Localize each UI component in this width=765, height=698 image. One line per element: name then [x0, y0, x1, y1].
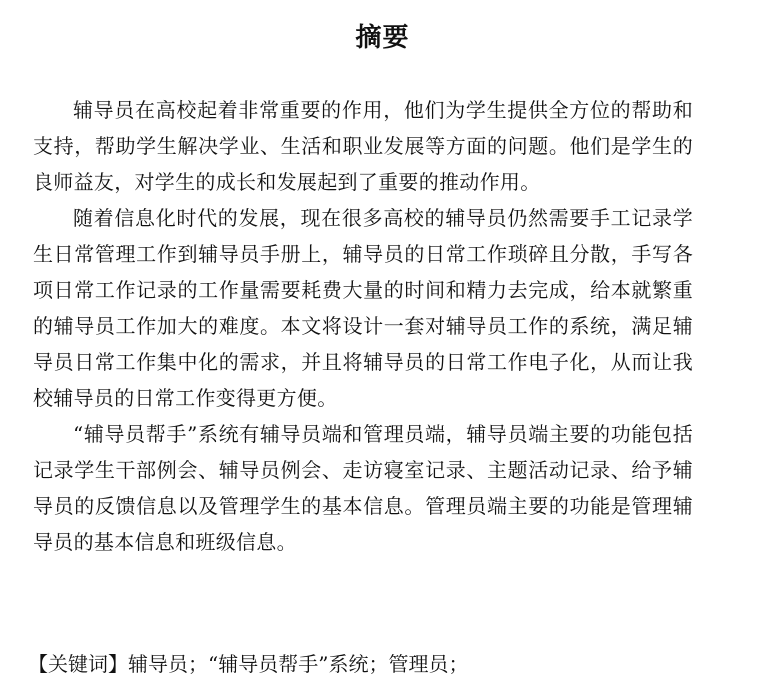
- keywords-label: 【关键词】: [28, 652, 128, 676]
- paragraph-3: “辅导员帮手”系统有辅导员端和管理员端，辅导员端主要的功能包括记录学生干部例会、…: [33, 416, 693, 560]
- keywords-text: 辅导员；“辅导员帮手”系统；管理员；: [128, 652, 468, 676]
- paragraph-1: 辅导员在高校起着非常重要的作用，他们为学生提供全方位的帮助和支持，帮助学生解决学…: [33, 92, 693, 200]
- abstract-body: 辅导员在高校起着非常重要的作用，他们为学生提供全方位的帮助和支持，帮助学生解决学…: [33, 92, 693, 560]
- keywords-line: 【关键词】辅导员；“辅导员帮手”系统；管理员；: [28, 646, 468, 682]
- page-title: 摘要: [0, 20, 765, 56]
- paragraph-2: 随着信息化时代的发展，现在很多高校的辅导员仍然需要手工记录学生日常管理工作到辅导…: [33, 200, 693, 416]
